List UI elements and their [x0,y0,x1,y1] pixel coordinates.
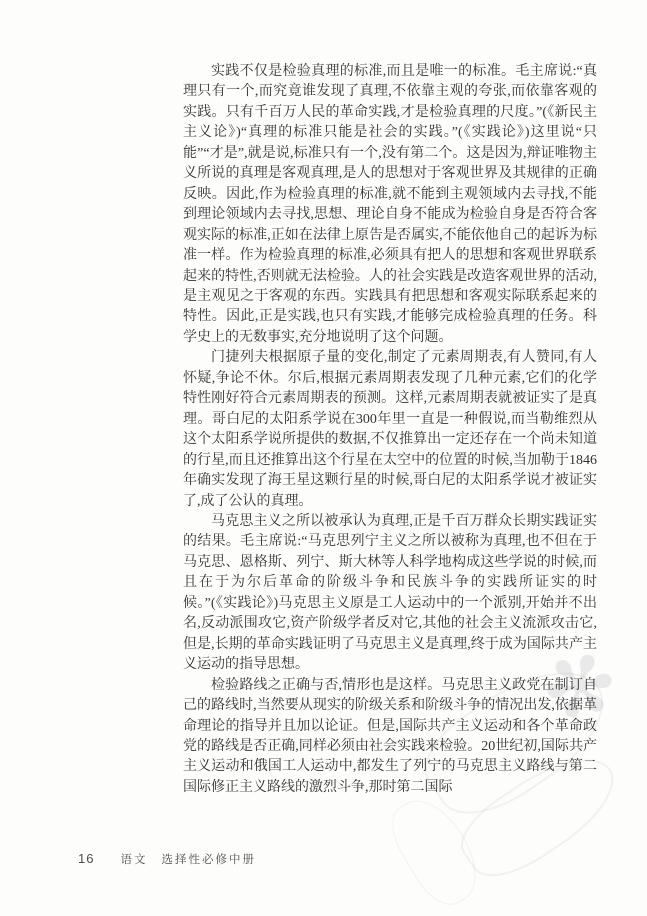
watermark-stroke [381,787,491,915]
page-footer: 16 语文 选择性必修中册 [78,851,256,867]
footer-subject-label: 语文 [120,851,147,867]
paragraph-testing-political-line: 检验路线之正确与否,情形也是这样。马克思主义政党在制订自己的路线时,当然要从现实… [183,676,597,799]
footer-volume-label: 选择性必修中册 [161,851,256,867]
body-text-column: 实践不仅是检验真理的标准,而且是唯一的标准。毛主席说:“真理只有一个,而究竟谁发… [183,62,597,798]
paragraph-marxism-truth: 马克思主义之所以被承认为真理,正是千百万群众长期实践证实的结果。毛主席说:“马克… [183,512,597,676]
paragraph-mendeleev-copernicus: 门捷列夫根据原子量的变化,制定了元素周期表,有人赞同,有人怀疑,争论不休。尔后,… [183,348,597,512]
textbook-page: ✻ 实践不仅是检验真理的标准,而且是唯一的标准。毛主席说:“真理只有一个,而究竟… [0,0,647,916]
paragraph-practice-sole-criterion: 实践不仅是检验真理的标准,而且是唯一的标准。毛主席说:“真理只有一个,而究竟谁发… [183,62,597,348]
page-number: 16 [78,851,94,866]
